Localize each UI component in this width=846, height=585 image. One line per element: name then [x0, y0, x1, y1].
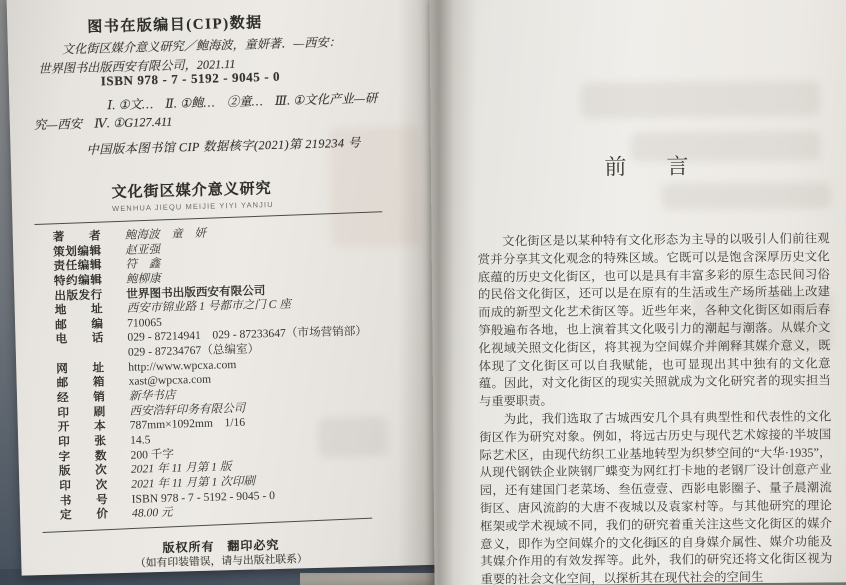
colophon-label: 著 者: [53, 229, 113, 245]
book-photo: 图书在版编目(CIP)数据 文化街区媒介意义研究／鲍海波，童妍著．—西安： 世界…: [0, 0, 846, 585]
colophon-value: 鲍海波 童 妍: [125, 227, 207, 244]
colophon-label: 印 次: [59, 478, 119, 494]
book-title-block: 文化街区媒介意义研究 WENHUA JIEQU MEIJIE YIYI YANJ…: [111, 177, 273, 213]
colophon-label: 经 销: [57, 390, 117, 406]
colophon-label: 字 数: [58, 449, 118, 465]
colophon-label: 定 价: [60, 507, 120, 523]
cip-isbn-line: ISBN 978 - 7 - 5192 - 9045 - 0: [101, 69, 281, 90]
colophon-value: 710065: [127, 316, 162, 332]
colophon-label: 策划编辑: [53, 244, 113, 260]
colophon-label: 特约编辑: [54, 273, 114, 289]
cip-heading: 图书在版编目(CIP)数据: [87, 11, 263, 37]
colophon-label: 出版发行: [54, 288, 114, 304]
colophon-label: 开 本: [58, 419, 118, 435]
colophon-value: xast@wpcxa.com: [128, 373, 211, 390]
colophon-value: http://www.wpcxa.com: [128, 358, 236, 375]
cip-classification: Ⅰ. ①文… Ⅱ. ①鲍… ②童… Ⅲ. ①文化产业—研 究—西安 Ⅳ. ①G1…: [33, 90, 384, 134]
book-title: 文化街区媒介意义研究: [111, 177, 273, 202]
colophon-label: 电 话: [55, 332, 115, 348]
colophon-label: 印 张: [58, 434, 118, 450]
colophon-label: [56, 346, 116, 362]
preface-paragraph-2: 为此，我们选取了古城西安几个具有典型性和代表性的文化街区作为研究对象。例如，将远…: [479, 408, 833, 585]
colophon-value: 鲍柳康: [126, 272, 161, 288]
colophon-value: 赵亚强: [125, 243, 160, 259]
left-page: 图书在版编目(CIP)数据 文化街区媒介意义研究／鲍海波，童妍著．—西安： 世界…: [6, 0, 461, 576]
right-page: 前 言 文化街区是以某种特有文化形态为主导的以吸引人们前往观赏并分享其文化观念的…: [429, 0, 846, 585]
colophon-label: 邮 编: [55, 317, 115, 333]
colophon-value: 14.5: [130, 433, 151, 448]
colophon-label: 印 刷: [57, 405, 117, 421]
colophon-value: 符 鑫: [125, 257, 160, 273]
colophon-value: 48.00 元: [132, 506, 173, 522]
bleed-through-artifact: [580, 80, 820, 118]
preface-title: 前 言: [471, 148, 831, 182]
colophon-value: 787mm×1092mm 1/16: [130, 416, 246, 434]
colophon-label: 书 号: [60, 493, 120, 509]
colophon-label: 地 址: [55, 302, 115, 318]
colophon-label: 网 址: [56, 361, 116, 377]
cip-record-number: 中国版本图书馆 CIP 数据核字(2021)第 219234 号: [86, 133, 361, 158]
colophon-list: 著 者鲍海波 童 妍 策划编辑赵亚强 责任编辑符 鑫 特约编辑鲍柳康 出版发行世…: [53, 222, 411, 524]
book-title-pinyin: WENHUA JIEQU MEIJIE YIYI YANJIU: [112, 200, 274, 213]
colophon-value: 200 千字: [130, 447, 174, 463]
bleed-through-artifact: [661, 182, 831, 209]
colophon-label: 邮 箱: [56, 376, 116, 392]
colophon-label: 责任编辑: [53, 258, 113, 274]
colophon-value: 新华书店: [129, 389, 176, 405]
colophon-label: 版 次: [59, 463, 119, 479]
preface-paragraph-1: 文化街区是以某种特有文化形态为主导的以吸引人们前往观赏并分享其文化观念的特殊区域…: [478, 230, 832, 411]
preface-body: 文化街区是以某种特有文化形态为主导的以吸引人们前往观赏并分享其文化观念的特殊区域…: [478, 230, 833, 585]
